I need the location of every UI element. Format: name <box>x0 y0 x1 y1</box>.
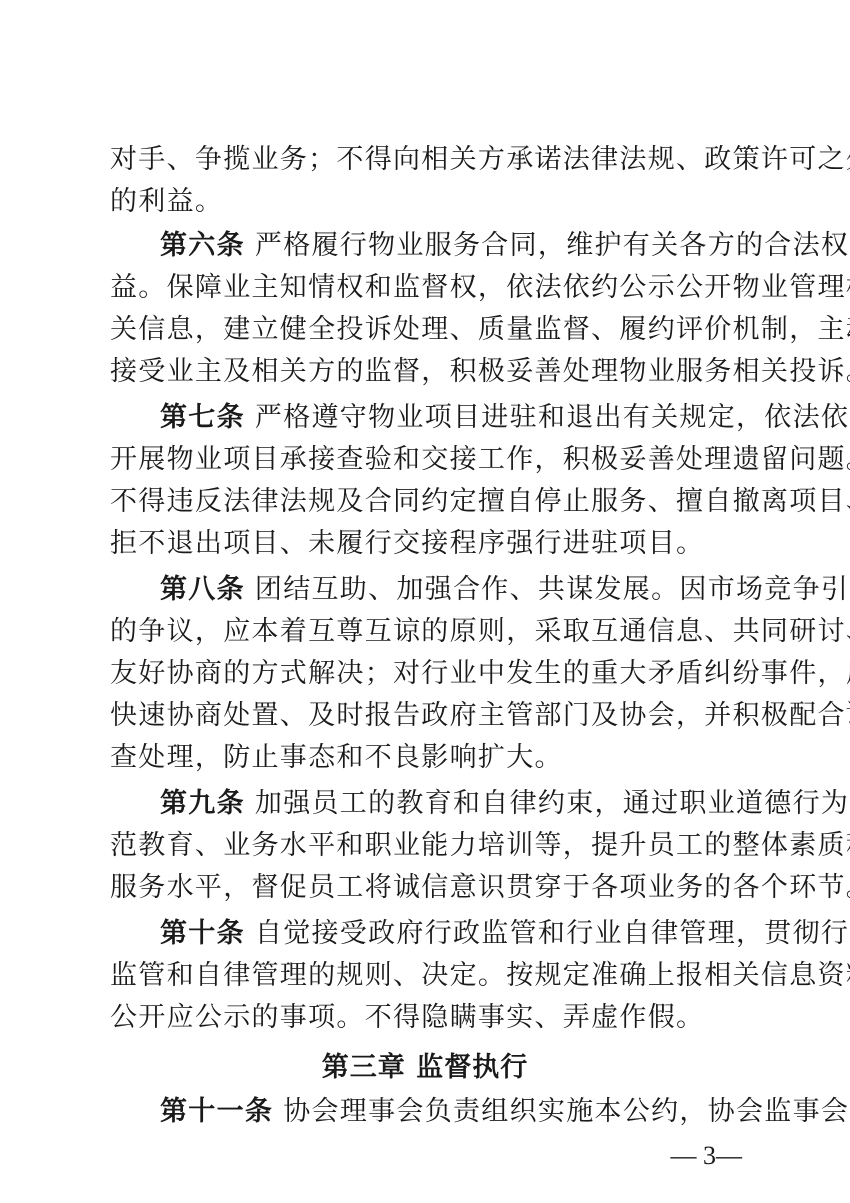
paragraph-line: 的利益。 <box>110 181 750 223</box>
line-text: 查处理，防止事态和不良影响扩大。 <box>110 742 563 773</box>
line-text: 开展物业项目承接查验和交接工作，积极妥善处理遗留问题。 <box>110 444 850 475</box>
paragraph-line: 益。保障业主知情权和监督权，依法依约公示公开物业管理相 <box>110 267 750 309</box>
line-text: 关信息，建立健全投诉处理、质量监督、履约评价机制，主动 <box>110 314 850 345</box>
paragraph-line: 查处理，防止事态和不良影响扩大。 <box>110 737 750 779</box>
line-text: 严格履行物业服务合同，维护有关各方的合法权 <box>255 230 849 261</box>
paragraph-line: 公开应公示的事项。不得隐瞒事实、弄虚作假。 <box>110 997 750 1039</box>
article-8: 第八条团结互助、加强合作、共谋发展。因市场竞争引发 <box>160 569 750 611</box>
paragraph-line: 监管和自律管理的规则、决定。按规定准确上报相关信息资料， <box>110 955 750 997</box>
article-label: 第六条 <box>160 230 245 261</box>
paragraph-line: 友好协商的方式解决；对行业中发生的重大矛盾纠纷事件，应 <box>110 653 750 695</box>
line-text: 的争议，应本着互尊互谅的原则，采取互通信息、共同研讨、 <box>110 616 850 647</box>
article-label: 第十条 <box>160 918 245 949</box>
article-label: 第十一条 <box>160 1096 273 1127</box>
paragraph-line: 服务水平，督促员工将诚信意识贯穿于各项业务的各个环节。 <box>110 867 750 909</box>
line-text: 快速协商处置、及时报告政府主管部门及协会，并积极配合调 <box>110 700 850 731</box>
paragraph-line: 范教育、业务水平和职业能力培训等，提升员工的整体素质和 <box>110 825 750 867</box>
article-7: 第七条严格遵守物业项目进驻和退出有关规定，依法依约 <box>160 397 750 439</box>
line-text: 接受业主及相关方的监督，积极妥善处理物业服务相关投诉。 <box>110 356 850 387</box>
paragraph-line: 快速协商处置、及时报告政府主管部门及协会，并积极配合调 <box>110 695 750 737</box>
line-text: 服务水平，督促员工将诚信意识贯穿于各项业务的各个环节。 <box>110 872 850 903</box>
article-9: 第九条加强员工的教育和自律约束，通过职业道德行为规 <box>160 783 750 825</box>
line-text: 范教育、业务水平和职业能力培训等，提升员工的整体素质和 <box>110 830 850 861</box>
line-text: 自觉接受政府行政监管和行业自律管理，贯彻行政 <box>255 918 850 949</box>
page-number: — 3— <box>671 1138 743 1174</box>
article-11: 第十一条协会理事会负责组织实施本公约，协会监事会负 <box>160 1091 750 1133</box>
chapter-heading: 第三章 监督执行 <box>0 1047 850 1089</box>
paragraph-line: 接受业主及相关方的监督，积极妥善处理物业服务相关投诉。 <box>110 351 750 393</box>
line-text: 监管和自律管理的规则、决定。按规定准确上报相关信息资料， <box>110 960 850 991</box>
line-text: 不得违反法律法规及合同约定擅自停止服务、擅自撤离项目、 <box>110 486 850 517</box>
article-label: 第九条 <box>160 788 245 819</box>
line-text: 严格遵守物业项目进驻和退出有关规定，依法依约 <box>255 402 850 433</box>
article-label: 第七条 <box>160 402 245 433</box>
line-text: 协会理事会负责组织实施本公约，协会监事会负 <box>283 1096 850 1127</box>
article-10: 第十条自觉接受政府行政监管和行业自律管理，贯彻行政 <box>160 913 750 955</box>
paragraph-line: 的争议，应本着互尊互谅的原则，采取互通信息、共同研讨、 <box>110 611 750 653</box>
paragraph-line: 开展物业项目承接查验和交接工作，积极妥善处理遗留问题。 <box>110 439 750 481</box>
article-label: 第八条 <box>160 574 245 605</box>
line-text: 的利益。 <box>110 186 223 217</box>
paragraph-line: 对手、争揽业务；不得向相关方承诺法律法规、政策许可之外 <box>110 139 750 181</box>
line-text: 对手、争揽业务；不得向相关方承诺法律法规、政策许可之外 <box>110 144 850 175</box>
line-text: 友好协商的方式解决；对行业中发生的重大矛盾纠纷事件，应 <box>110 658 850 689</box>
paragraph-line: 拒不退出项目、未履行交接程序强行进驻项目。 <box>110 523 750 565</box>
line-text: 益。保障业主知情权和监督权，依法依约公示公开物业管理相 <box>110 272 850 303</box>
paragraph-line: 关信息，建立健全投诉处理、质量监督、履约评价机制，主动 <box>110 309 750 351</box>
line-text: 公开应公示的事项。不得隐瞒事实、弄虚作假。 <box>110 1002 704 1033</box>
line-text: 拒不退出项目、未履行交接程序强行进驻项目。 <box>110 528 704 559</box>
line-text: 加强员工的教育和自律约束，通过职业道德行为规 <box>255 788 850 819</box>
line-text: 团结互助、加强合作、共谋发展。因市场竞争引发 <box>255 574 850 605</box>
paragraph-line: 不得违反法律法规及合同约定擅自停止服务、擅自撤离项目、 <box>110 481 750 523</box>
article-6: 第六条严格履行物业服务合同，维护有关各方的合法权 <box>160 225 750 267</box>
